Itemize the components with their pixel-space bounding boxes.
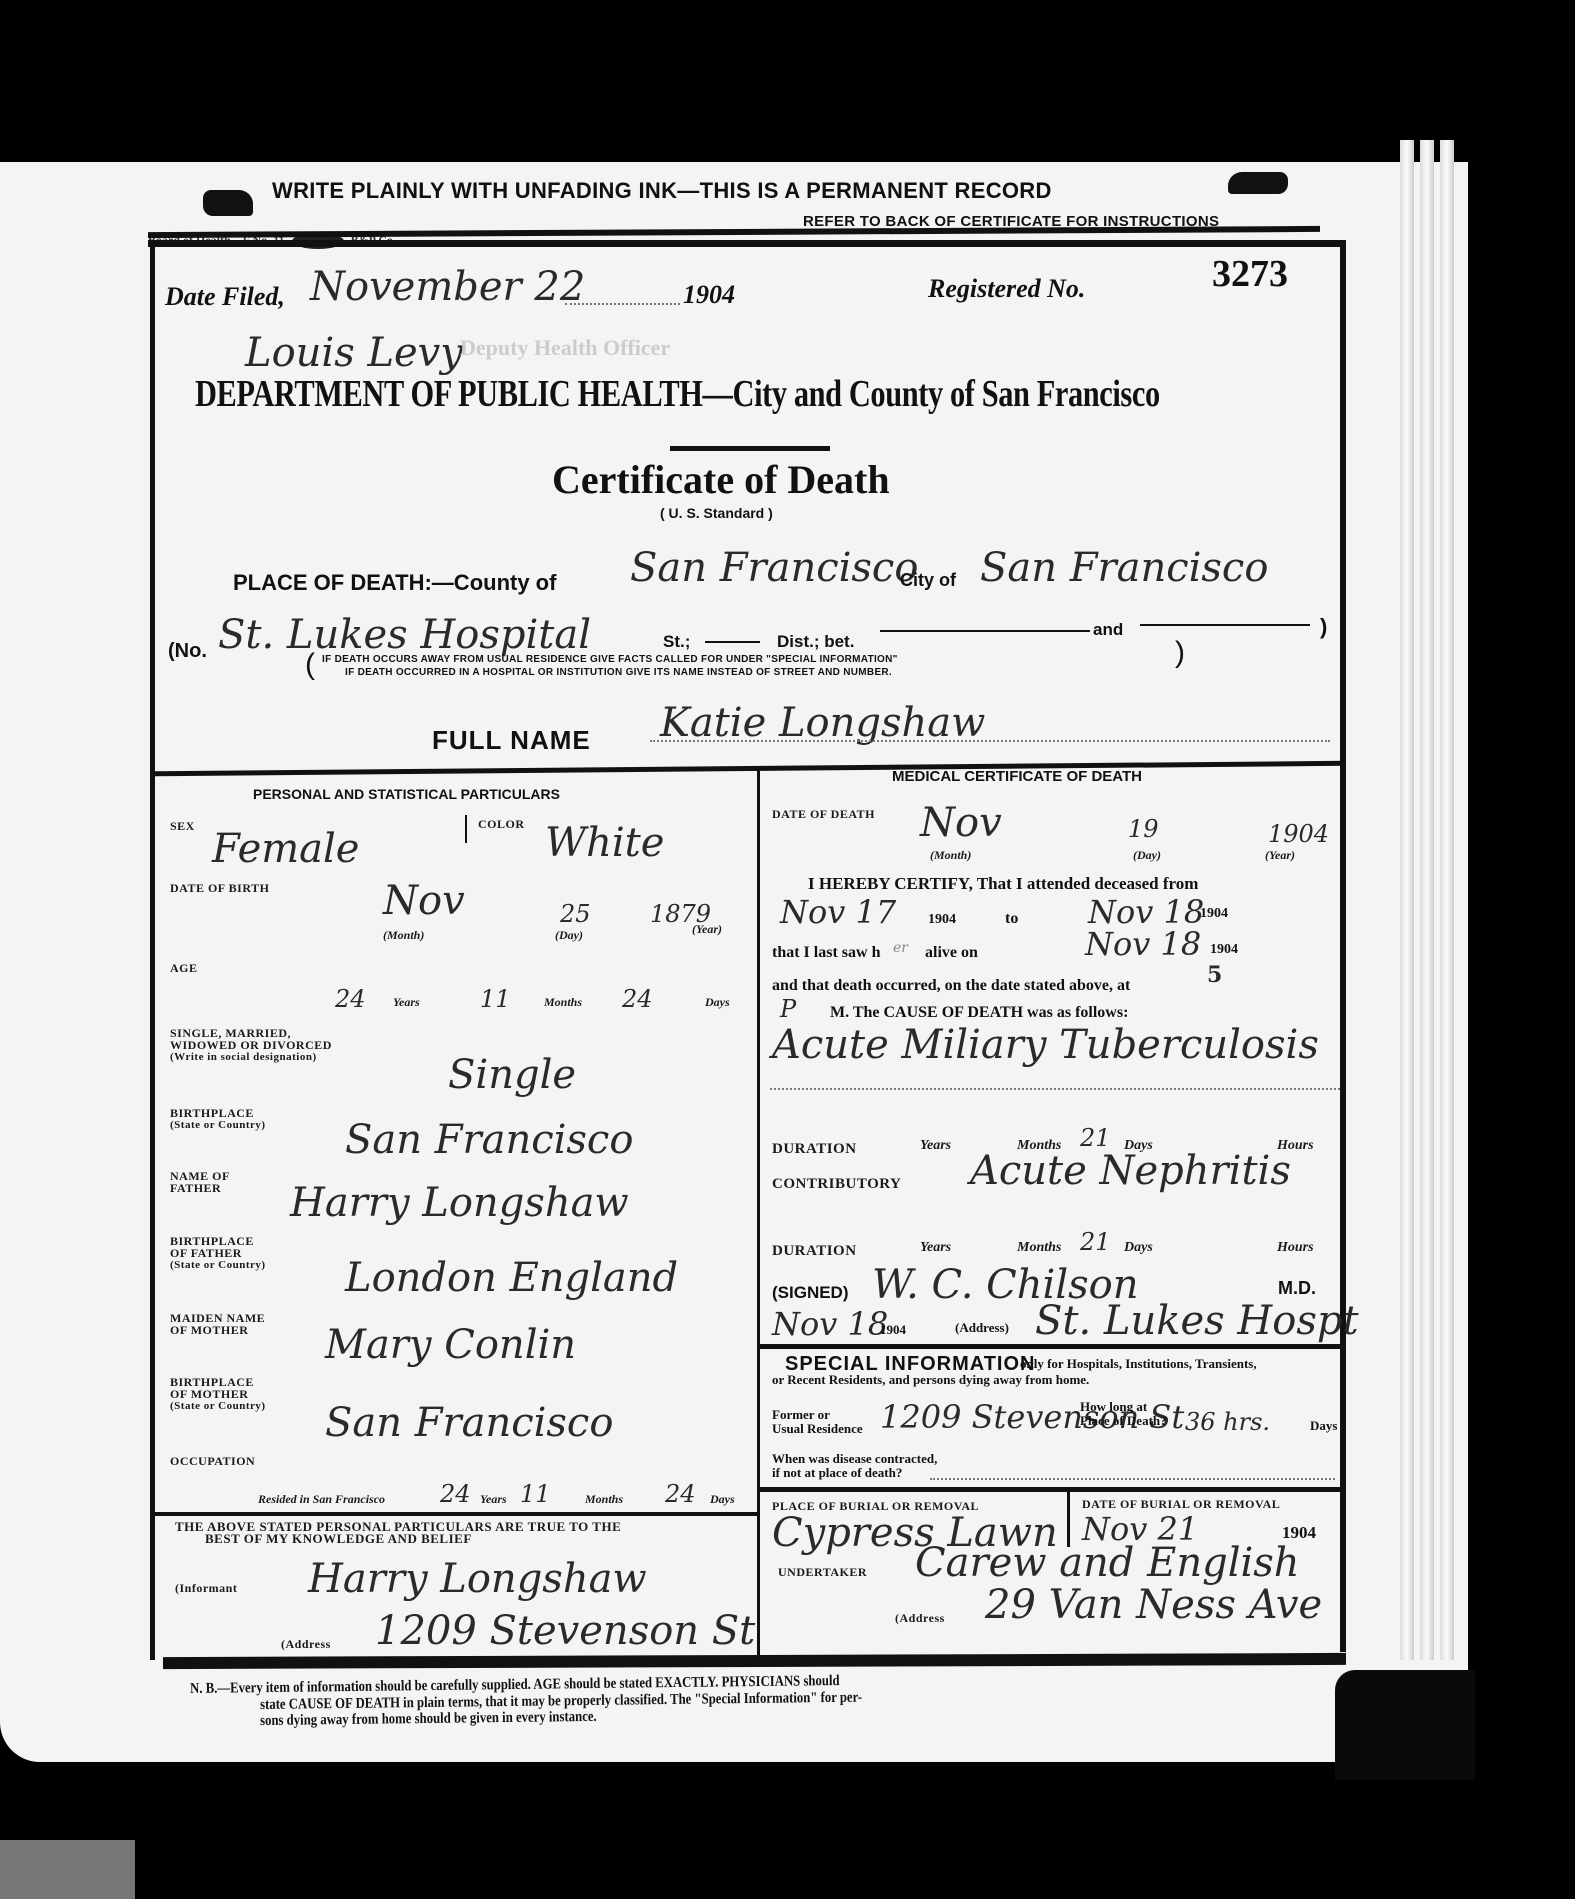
- form-border-top: [148, 240, 1344, 247]
- how-long-label-1: How long at: [1080, 1400, 1167, 1414]
- place-note-1: IF DEATH OCCURS AWAY FROM USUAL RESIDENC…: [322, 654, 898, 665]
- form-border-right: [1340, 240, 1346, 1652]
- informant-label: (Informant: [175, 1582, 237, 1594]
- and-label: and: [1093, 620, 1123, 640]
- burial-divider: [760, 1487, 1345, 1492]
- contributory-value: Acute Nephritis: [970, 1148, 1291, 1194]
- md-label: M.D.: [1278, 1278, 1316, 1299]
- place-note-2: IF DEATH OCCURRED IN A HOSPITAL OR INSTI…: [345, 667, 892, 678]
- birthplace-label-2: (State or Country): [170, 1119, 266, 1131]
- dod-day: 19: [1128, 815, 1159, 843]
- time-hour: 5: [1207, 962, 1222, 988]
- book-page-edge: [1420, 140, 1434, 1660]
- father-birthplace-value: London England: [345, 1255, 678, 1301]
- marital-label-3: (Write in social designation): [170, 1051, 317, 1063]
- special-divider: [760, 1344, 1345, 1349]
- dod-month-caption: (Month): [930, 848, 971, 863]
- standard-subtitle: ( U. S. Standard ): [660, 505, 773, 521]
- resided-months-caption: Months: [585, 1492, 623, 1507]
- marital-label-2: WIDOWED OR DIVORCED: [170, 1039, 332, 1051]
- contributory-label: CONTRIBUTORY: [772, 1178, 901, 1190]
- days-caption: Days: [705, 995, 730, 1010]
- resided-years-caption: Years: [480, 1492, 507, 1507]
- birthplace-value: San Francisco: [345, 1117, 633, 1163]
- resided-days-caption: Days: [710, 1492, 735, 1507]
- contrib-hours-caption: Hours: [1277, 1240, 1314, 1256]
- filed-year: 1904: [683, 280, 735, 310]
- undertaker-address-value: 29 Van Ness Ave: [985, 1582, 1322, 1628]
- department-title: DEPARTMENT OF PUBLIC HEALTH—City and Cou…: [195, 372, 1160, 416]
- signed-label: (SIGNED): [772, 1283, 849, 1303]
- registered-number: 3273: [1212, 252, 1288, 296]
- no-label: (No.: [168, 640, 207, 663]
- burial-column-divider: [1067, 1492, 1070, 1547]
- binding-shadow: [1335, 1670, 1475, 1780]
- pointing-hand-left-icon: [1228, 172, 1288, 194]
- special-note-1: only for Hospitals, Institutions, Transi…: [1020, 1356, 1257, 1372]
- dod-day-caption: (Day): [1133, 848, 1161, 863]
- fill-line: [770, 1088, 1340, 1090]
- mother-birthplace-label-3: (State or Country): [170, 1400, 266, 1412]
- to-label: to: [1005, 910, 1018, 928]
- date-filed-value: November 22: [310, 264, 585, 310]
- sex-label: SEX: [170, 820, 195, 832]
- birthplace-label-1: BIRTHPLACE: [170, 1107, 254, 1119]
- attended-to-year: 1904: [1200, 906, 1228, 922]
- paren-close: ): [1320, 614, 1327, 640]
- date-of-death-label: DATE OF DEATH: [772, 808, 875, 820]
- sex-value: Female: [212, 826, 359, 872]
- attended-from: Nov 17: [780, 893, 896, 931]
- marital-value: Single: [448, 1052, 576, 1098]
- residence-label: Former or Usual Residence: [772, 1408, 863, 1436]
- resided-months: 11: [520, 1480, 551, 1508]
- informant-address-label: (Address: [281, 1638, 331, 1650]
- last-saw-her: er: [893, 940, 908, 956]
- city-label: City of: [900, 570, 956, 591]
- physician-address-label: (Address): [955, 1320, 1009, 1336]
- contracted-label-2: if not at place of death?: [772, 1466, 937, 1480]
- informant-address-value: 1209 Stevenson St: [375, 1608, 755, 1654]
- duration-label: DURATION: [772, 1143, 857, 1155]
- and-text: and: [1093, 620, 1123, 639]
- contrib-duration-label: DURATION: [772, 1245, 857, 1257]
- informant-statement-2: BEST OF MY KNOWLEDGE AND BELIEF: [205, 1533, 472, 1545]
- duration-years-caption: Years: [920, 1138, 951, 1154]
- fill-line: [930, 1478, 1335, 1480]
- contrib-days-caption: Days: [1124, 1240, 1153, 1256]
- day-caption: (Day): [555, 928, 583, 943]
- dod-year: 1904: [1268, 820, 1329, 848]
- signed-year: 1904: [880, 1322, 906, 1338]
- signed-date: Nov 18: [772, 1305, 888, 1343]
- age-label: AGE: [170, 962, 198, 974]
- dod-month: Nov: [920, 800, 1002, 846]
- color-label: COLOR: [478, 818, 525, 830]
- medical-heading: MEDICAL CERTIFICATE OF DEATH: [892, 768, 1142, 785]
- last-saw-year: 1904: [1210, 942, 1238, 958]
- institution-value: St. Lukes Hospital: [218, 612, 591, 658]
- dob-day: 25: [560, 900, 591, 928]
- registered-label: Registered No.: [928, 274, 1085, 304]
- month-caption: (Month): [383, 928, 424, 943]
- resided-days: 24: [665, 1480, 696, 1508]
- city-value: San Francisco: [980, 545, 1268, 591]
- title-rule: [670, 446, 830, 451]
- burial-date-label: DATE OF BURIAL OR REMOVAL: [1082, 1498, 1280, 1510]
- father-name-value: Harry Longshaw: [290, 1180, 629, 1226]
- color-value: White: [545, 820, 664, 866]
- paren-open: (: [305, 648, 315, 682]
- book-page-edge: [1440, 140, 1454, 1660]
- contracted-label-1: When was disease contracted,: [772, 1452, 937, 1466]
- fill-line: [650, 740, 1330, 742]
- street-label: St.;: [663, 632, 690, 652]
- special-note-2: or Recent Residents, and persons dying a…: [772, 1372, 1089, 1388]
- physician-address: St. Lukes Hospt: [1035, 1298, 1359, 1344]
- fill-line: [880, 630, 1090, 632]
- fill-line: [565, 303, 680, 305]
- full-name-label: FULL NAME: [432, 725, 591, 756]
- undertaker-value: Carew and English: [915, 1540, 1300, 1586]
- mother-birthplace-value: San Francisco: [325, 1400, 613, 1446]
- undertaker-address-label: (Address: [895, 1612, 945, 1624]
- county-value: San Francisco: [630, 545, 918, 591]
- resided-years: 24: [440, 1480, 471, 1508]
- cause-value: Acute Miliary Tuberculosis: [772, 1022, 1319, 1068]
- months-caption: Months: [544, 995, 582, 1010]
- officer-signature: Louis Levy: [245, 330, 463, 376]
- column-divider: [757, 770, 760, 1655]
- years-caption: Years: [393, 995, 420, 1010]
- dob-month: Nov: [383, 878, 465, 924]
- residence-label-2: Usual Residence: [772, 1422, 863, 1436]
- personal-heading: PERSONAL AND STATISTICAL PARTICULARS: [253, 786, 560, 802]
- book-page-edge: [1400, 140, 1414, 1660]
- undertaker-label: UNDERTAKER: [778, 1566, 867, 1578]
- occupation-label: OCCUPATION: [170, 1455, 255, 1467]
- contrib-months-caption: Months: [1017, 1240, 1061, 1256]
- date-filed-label: Date Filed,: [165, 282, 285, 312]
- days-label: Days: [1310, 1418, 1337, 1434]
- alive-on-label: alive on: [925, 944, 978, 962]
- how-long-value: 36 hrs.: [1185, 1408, 1270, 1436]
- how-long-label-2: Place of Death?: [1080, 1414, 1167, 1428]
- year-caption: (Year): [692, 922, 722, 937]
- dob-label: DATE OF BIRTH: [170, 882, 269, 894]
- last-saw-date: Nov 18: [1085, 925, 1201, 963]
- father-birthplace-label-2: OF FATHER: [170, 1247, 242, 1259]
- time-meridiem: P: [780, 995, 796, 1023]
- contrib-years-caption: Years: [920, 1240, 951, 1256]
- contracted-label: When was disease contracted, if not at p…: [772, 1452, 937, 1480]
- resided-label: Resided in San Francisco: [258, 1492, 385, 1507]
- mother-label-2: OF MOTHER: [170, 1324, 248, 1336]
- father-birthplace-label-3: (State or Country): [170, 1259, 266, 1271]
- age-days: 24: [622, 985, 653, 1013]
- dod-year-caption: (Year): [1265, 848, 1295, 863]
- last-saw-label: that I last saw h: [772, 944, 880, 962]
- attended-from-year: 1904: [928, 912, 956, 928]
- residence-label-1: Former or: [772, 1408, 863, 1422]
- mother-name-value: Mary Conlin: [325, 1322, 576, 1368]
- mother-birthplace-label-2: OF MOTHER: [170, 1388, 248, 1400]
- officer-title: Deputy Health Officer: [460, 335, 670, 361]
- age-months: 11: [480, 985, 511, 1013]
- place-of-death-label: PLACE OF DEATH:—County of: [233, 570, 556, 596]
- informant-divider: [155, 1512, 759, 1516]
- certify-text: I HEREBY CERTIFY, That I attended deceas…: [808, 874, 1198, 894]
- contrib-duration-days: 21: [1080, 1228, 1111, 1256]
- pointing-hand-right-icon: [203, 190, 253, 216]
- fill-line: [1140, 624, 1310, 626]
- informant-value: Harry Longshaw: [308, 1556, 647, 1602]
- how-long-label: How long at Place of Death?: [1080, 1400, 1167, 1428]
- occurred-text: and that death occurred, on the date sta…: [772, 977, 1130, 995]
- cause-text: M. The CAUSE OF DEATH was as follows:: [830, 1004, 1128, 1022]
- scan-artifact: [0, 1840, 135, 1899]
- certificate-title: Certificate of Death: [552, 456, 890, 503]
- field-divider: [465, 815, 467, 843]
- fill-line: [705, 641, 760, 643]
- district-label: Dist.; bet.: [777, 632, 854, 652]
- age-years: 24: [335, 985, 366, 1013]
- form-border-left: [150, 240, 155, 1660]
- father-label-2: FATHER: [170, 1182, 221, 1194]
- banner-text: WRITE PLAINLY WITH UNFADING INK—THIS IS …: [272, 178, 1052, 204]
- paren-close: ): [1175, 636, 1185, 670]
